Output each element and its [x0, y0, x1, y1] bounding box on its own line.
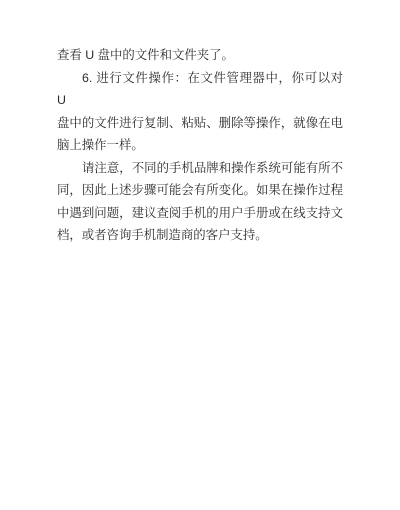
text-line: 中遇到问题，建议查阅手机的用户手册或在线支持文 [57, 202, 343, 225]
text-line: 请注意，不同的手机品牌和操作系统可能有所不 [57, 157, 343, 180]
text-line: 盘中的文件进行复制、粘贴、删除等操作，就像在电 [57, 112, 343, 135]
text-line: 脑上操作一样。 [57, 134, 343, 157]
document-page: 查看 U 盘中的文件和文件夹了。6. 进行文件操作：在文件管理器中，你可以对 U… [0, 0, 400, 510]
text-line: 同，因此上述步骤可能会有所变化。如果在操作过程 [57, 179, 343, 202]
text-line: 档，或者咨询手机制造商的客户支持。 [57, 224, 343, 247]
text-line: 6. 进行文件操作：在文件管理器中，你可以对 U [57, 67, 343, 112]
text-line: 查看 U 盘中的文件和文件夹了。 [57, 44, 343, 67]
text-block: 查看 U 盘中的文件和文件夹了。6. 进行文件操作：在文件管理器中，你可以对 U… [57, 44, 343, 247]
